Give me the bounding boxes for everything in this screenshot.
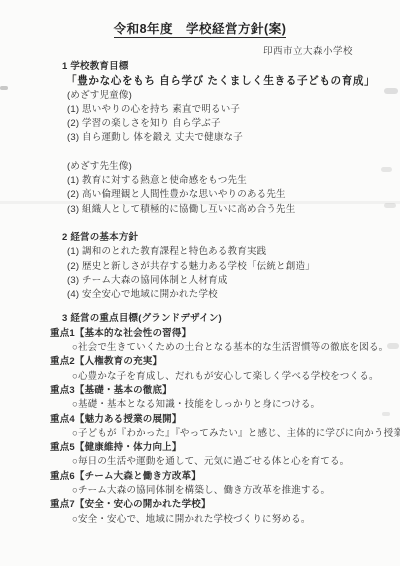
spacer <box>0 302 400 312</box>
spacer <box>0 217 400 231</box>
spacer <box>0 146 400 160</box>
list-item: (4) 安全安心で地域に開かれた学校 <box>67 288 400 302</box>
group-label-teachers: (めざす先生像) <box>67 160 400 174</box>
point-detail: ○基礎・基本となる知識・技能をしっかりと身につける。 <box>72 398 400 412</box>
point-label: 重点7【安全・安心の開かれた学校】 <box>50 498 400 512</box>
point-label: 重点1【基本的な社会性の習得】 <box>50 327 400 341</box>
document-page: 令和8年度 学校経営方針(案) 印西市立大森小学校 1 学校教育目標 「豊かな心… <box>0 0 400 566</box>
list-item: (1) 調和のとれた教育課程と特色ある教育実践 <box>67 245 400 259</box>
list-item: (3) 組織人として積極的に協働し互いに高め合う先生 <box>67 203 400 217</box>
point-detail: ○チーム大森の協同体制を構築し、働き方改革を推進する。 <box>72 484 400 498</box>
point-label: 重点3【基礎・基本の徹底】 <box>50 384 400 398</box>
list-item: (1) 教育に対する熱意と使命感をもつ先生 <box>67 174 400 188</box>
education-goal-motto: 「豊かな心をもち 自ら学び たくましく生きる子どもの育成」 <box>66 74 400 88</box>
point-detail: ○毎日の生活や運動を通して、元気に過ごせる体と心を育てる。 <box>72 455 400 469</box>
school-name: 印西市立大森小学校 <box>0 43 400 57</box>
list-item: (2) 高い倫理観と人間性豊かな思いやりのある先生 <box>67 188 400 202</box>
point-label: 重点4【魅力ある授業の展開】 <box>50 413 400 427</box>
point-detail: ○社会で生きていくための土台となる基本的な生活習慣等の徹底を図る。 <box>72 341 400 355</box>
point-label: 重点2【人権教育の充実】 <box>50 355 400 369</box>
point-detail: ○安全・安心で、地域に開かれた学校づくりに努める。 <box>72 513 400 527</box>
section-2-heading: 2 経営の基本方針 <box>62 231 400 245</box>
list-item: (2) 学習の楽しさを知り 自ら学ぶ子 <box>67 117 400 131</box>
list-item: (2) 歴史と新しさが共存する魅力ある学校「伝統と創造」 <box>67 260 400 274</box>
point-label: 重点5【健康維持・体力向上】 <box>50 441 400 455</box>
group-label-children: (めざす児童像) <box>67 89 400 103</box>
document-body: 1 学校教育目標 「豊かな心をもち 自ら学び たくましく生きる子どもの育成」 (… <box>0 60 400 527</box>
list-item: (3) チーム大森の協同体制と人材育成 <box>67 274 400 288</box>
point-label: 重点6【チーム大森と働き方改革】 <box>50 470 400 484</box>
list-item: (1) 思いやりの心を持ち 素直で明るい子 <box>67 103 400 117</box>
section-3-heading: 3 経営の重点目標(グランドデザイン) <box>62 312 400 326</box>
page-title: 令和8年度 学校経営方針(案) <box>0 19 400 37</box>
point-detail: ○子どもが『わかった』『やってみたい』と感じ、主体的に学びに向かう授業をつくる。 <box>72 427 400 441</box>
page-title-text: 令和8年度 学校経営方針(案) <box>114 22 287 38</box>
list-item: (3) 自ら運動し 体を鍛え 丈夫で健康な子 <box>67 131 400 145</box>
point-detail: ○心豊かな子を育成し、だれもが安心して楽しく学べる学校をつくる。 <box>72 370 400 384</box>
section-1-heading: 1 学校教育目標 <box>62 60 400 74</box>
